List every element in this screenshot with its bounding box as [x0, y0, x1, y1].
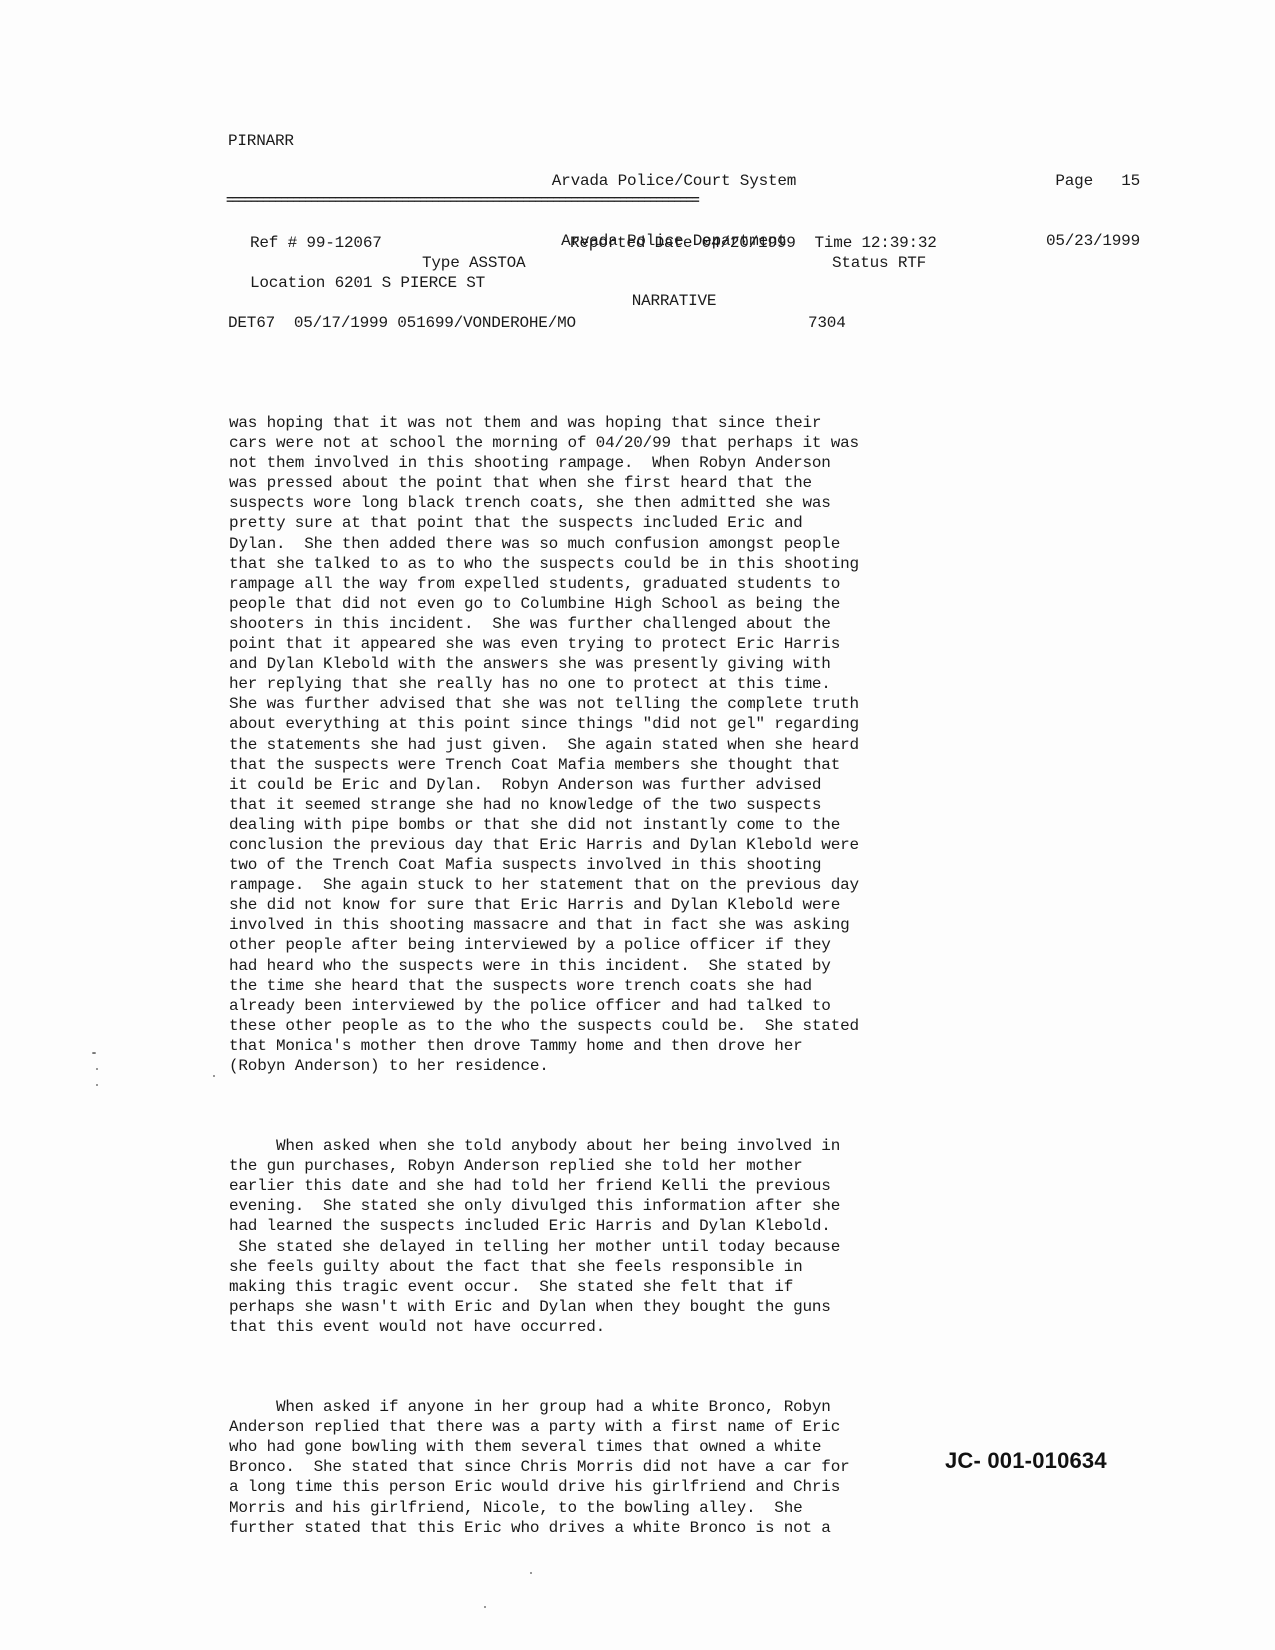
- scan-speck: [530, 1572, 532, 1574]
- narrative-line: her replying that she really has no one …: [229, 674, 1029, 694]
- narrative-line: cars were not at school the morning of 0…: [229, 433, 1029, 453]
- narrative-line: perhaps she wasn't with Eric and Dylan w…: [229, 1297, 1029, 1317]
- narrative-line: involved in this shooting massacre and t…: [229, 915, 1029, 935]
- page-info: Page 15 05/23/1999: [1000, 131, 1140, 291]
- narrative-line: making this tragic event occur. She stat…: [229, 1277, 1029, 1297]
- reported-date: 04/20/1999: [702, 234, 796, 252]
- narrative-line: and Dylan Klebold with the answers she w…: [229, 654, 1029, 674]
- narrative-line: that this event would not have occurred.: [229, 1317, 1029, 1337]
- narrative-line: she feels guilty about the fact that she…: [229, 1257, 1029, 1277]
- narrative-line: not them involved in this shooting rampa…: [229, 453, 1029, 473]
- narrative-paragraph: When asked if anyone in her group had a …: [229, 1397, 1029, 1538]
- narrative-line: She stated she delayed in telling her mo…: [229, 1237, 1029, 1257]
- narrative-line: a long time this person Eric would drive…: [229, 1477, 1029, 1497]
- bates-number: JC- 001-010634: [945, 1448, 1107, 1474]
- narrative-line: conclusion the previous day that Eric Ha…: [229, 835, 1029, 855]
- scan-speck: [92, 1052, 96, 1054]
- narrative-line: Anderson replied that there was a party …: [229, 1417, 1029, 1437]
- narrative-line: was pressed about the point that when sh…: [229, 473, 1029, 493]
- section-title: NARRATIVE: [524, 291, 824, 311]
- narrative-line: she did not know for sure that Eric Harr…: [229, 895, 1029, 915]
- status-value: RTF: [898, 254, 926, 272]
- entry-ref: 051699/VONDEROHE/MO: [397, 314, 576, 332]
- narrative-line: other people after being interviewed by …: [229, 935, 1029, 955]
- narrative-line: She was further advised that she was not…: [229, 694, 1029, 714]
- narrative-line: evening. She stated she only divulged th…: [229, 1196, 1029, 1216]
- narrative-line: pretty sure at that point that the suspe…: [229, 513, 1029, 533]
- narrative-line: that she talked to as to who the suspect…: [229, 554, 1029, 574]
- location-value: 6201 S PIERCE ST: [335, 274, 485, 292]
- narrative-line: point that it appeared she was even tryi…: [229, 634, 1029, 654]
- narrative-line: that Monica's mother then drove Tammy ho…: [229, 1036, 1029, 1056]
- form-code: PIRNARR: [228, 131, 294, 151]
- page-number-line: Page 15: [1000, 171, 1140, 191]
- narrative-line: these other people as to the who the sus…: [229, 1016, 1029, 1036]
- narrative-line: was hoping that it was not them and was …: [229, 413, 1029, 433]
- entry-code: 7304: [808, 313, 846, 333]
- scan-speck: [213, 1075, 215, 1077]
- narrative-line: had learned the suspects included Eric H…: [229, 1216, 1029, 1236]
- narrative-line: When asked if anyone in her group had a …: [229, 1397, 1029, 1417]
- entry-date: 05/17/1999: [294, 314, 388, 332]
- narrative-line: that it seemed strange she had no knowle…: [229, 795, 1029, 815]
- ref-label: Ref #: [250, 234, 297, 252]
- reported-date-field: Reported Date 04/20/1999 Time 12:39:32: [570, 233, 937, 253]
- page-number: 15: [1121, 172, 1140, 190]
- narrative-line: the gun purchases, Robyn Anderson replie…: [229, 1156, 1029, 1176]
- narrative-line: rampage all the way from expelled studen…: [229, 574, 1029, 594]
- narrative-paragraph: was hoping that it was not them and was …: [229, 413, 1029, 1076]
- narrative-line: Morris and his girlfriend, Nicole, to th…: [229, 1498, 1029, 1518]
- reported-time: 12:39:32: [862, 234, 937, 252]
- print-date: 05/23/1999: [1000, 231, 1140, 251]
- narrative-line: people that did not even go to Columbine…: [229, 594, 1029, 614]
- narrative-line: who had gone bowling with them several t…: [229, 1437, 1029, 1457]
- narrative-line: the time she heard that the suspects wor…: [229, 976, 1029, 996]
- system-title: Arvada Police/Court System: [524, 171, 824, 191]
- narrative-line: the statements she had just given. She a…: [229, 735, 1029, 755]
- entry-info: DET67 05/17/1999 051699/VONDEROHE/MO: [228, 313, 576, 333]
- narrative-line: dealing with pipe bombs or that she did …: [229, 815, 1029, 835]
- location-field: Location 6201 S PIERCE ST: [250, 273, 485, 293]
- narrative-line: shooters in this incident. She was furth…: [229, 614, 1029, 634]
- narrative-line: earlier this date and she had told her f…: [229, 1176, 1029, 1196]
- narrative-line: already been interviewed by the police o…: [229, 996, 1029, 1016]
- scan-speck: [96, 1084, 98, 1086]
- narrative-line: two of the Trench Coat Mafia suspects in…: [229, 855, 1029, 875]
- time-label: Time: [814, 234, 852, 252]
- narrative-line: it could be Eric and Dylan. Robyn Anders…: [229, 775, 1029, 795]
- narrative-line: Dylan. She then added there was so much …: [229, 534, 1029, 554]
- narrative-line: Bronco. She stated that since Chris Morr…: [229, 1457, 1029, 1477]
- narrative-line: rampage. She again stuck to her statemen…: [229, 875, 1029, 895]
- narrative-line: (Robyn Anderson) to her residence.: [229, 1056, 1029, 1076]
- status-label: Status: [832, 254, 888, 272]
- reported-date-label: Reported Date: [570, 234, 692, 252]
- narrative-line: that the suspects were Trench Coat Mafia…: [229, 755, 1029, 775]
- narrative-line: about everything at this point since thi…: [229, 714, 1029, 734]
- narrative-paragraph: When asked when she told anybody about h…: [229, 1136, 1029, 1337]
- page-label: Page: [1055, 172, 1093, 190]
- header-separator: ========================================…: [226, 197, 1140, 205]
- type-field: Type ASSTOA: [422, 253, 525, 273]
- narrative-line: further stated that this Eric who drives…: [229, 1518, 1029, 1538]
- narrative-line: suspects wore long black trench coats, s…: [229, 493, 1029, 513]
- ref-number-field: Ref # 99-12067: [250, 233, 382, 253]
- ref-number: 99-12067: [306, 234, 381, 252]
- narrative-body: was hoping that it was not them and was …: [229, 373, 1029, 1598]
- narrative-line: When asked when she told anybody about h…: [229, 1136, 1029, 1156]
- location-label: Location: [250, 274, 325, 292]
- type-value: ASSTOA: [469, 254, 525, 272]
- officer-code: DET67: [228, 314, 275, 332]
- scan-speck: [96, 1068, 98, 1070]
- narrative-line: had heard who the suspects were in this …: [229, 956, 1029, 976]
- document-page: PIRNARR Arvada Police/Court System Arvad…: [0, 0, 1275, 1650]
- type-label: Type: [422, 254, 460, 272]
- status-field: Status RTF: [832, 253, 926, 273]
- scan-speck: [484, 1606, 486, 1608]
